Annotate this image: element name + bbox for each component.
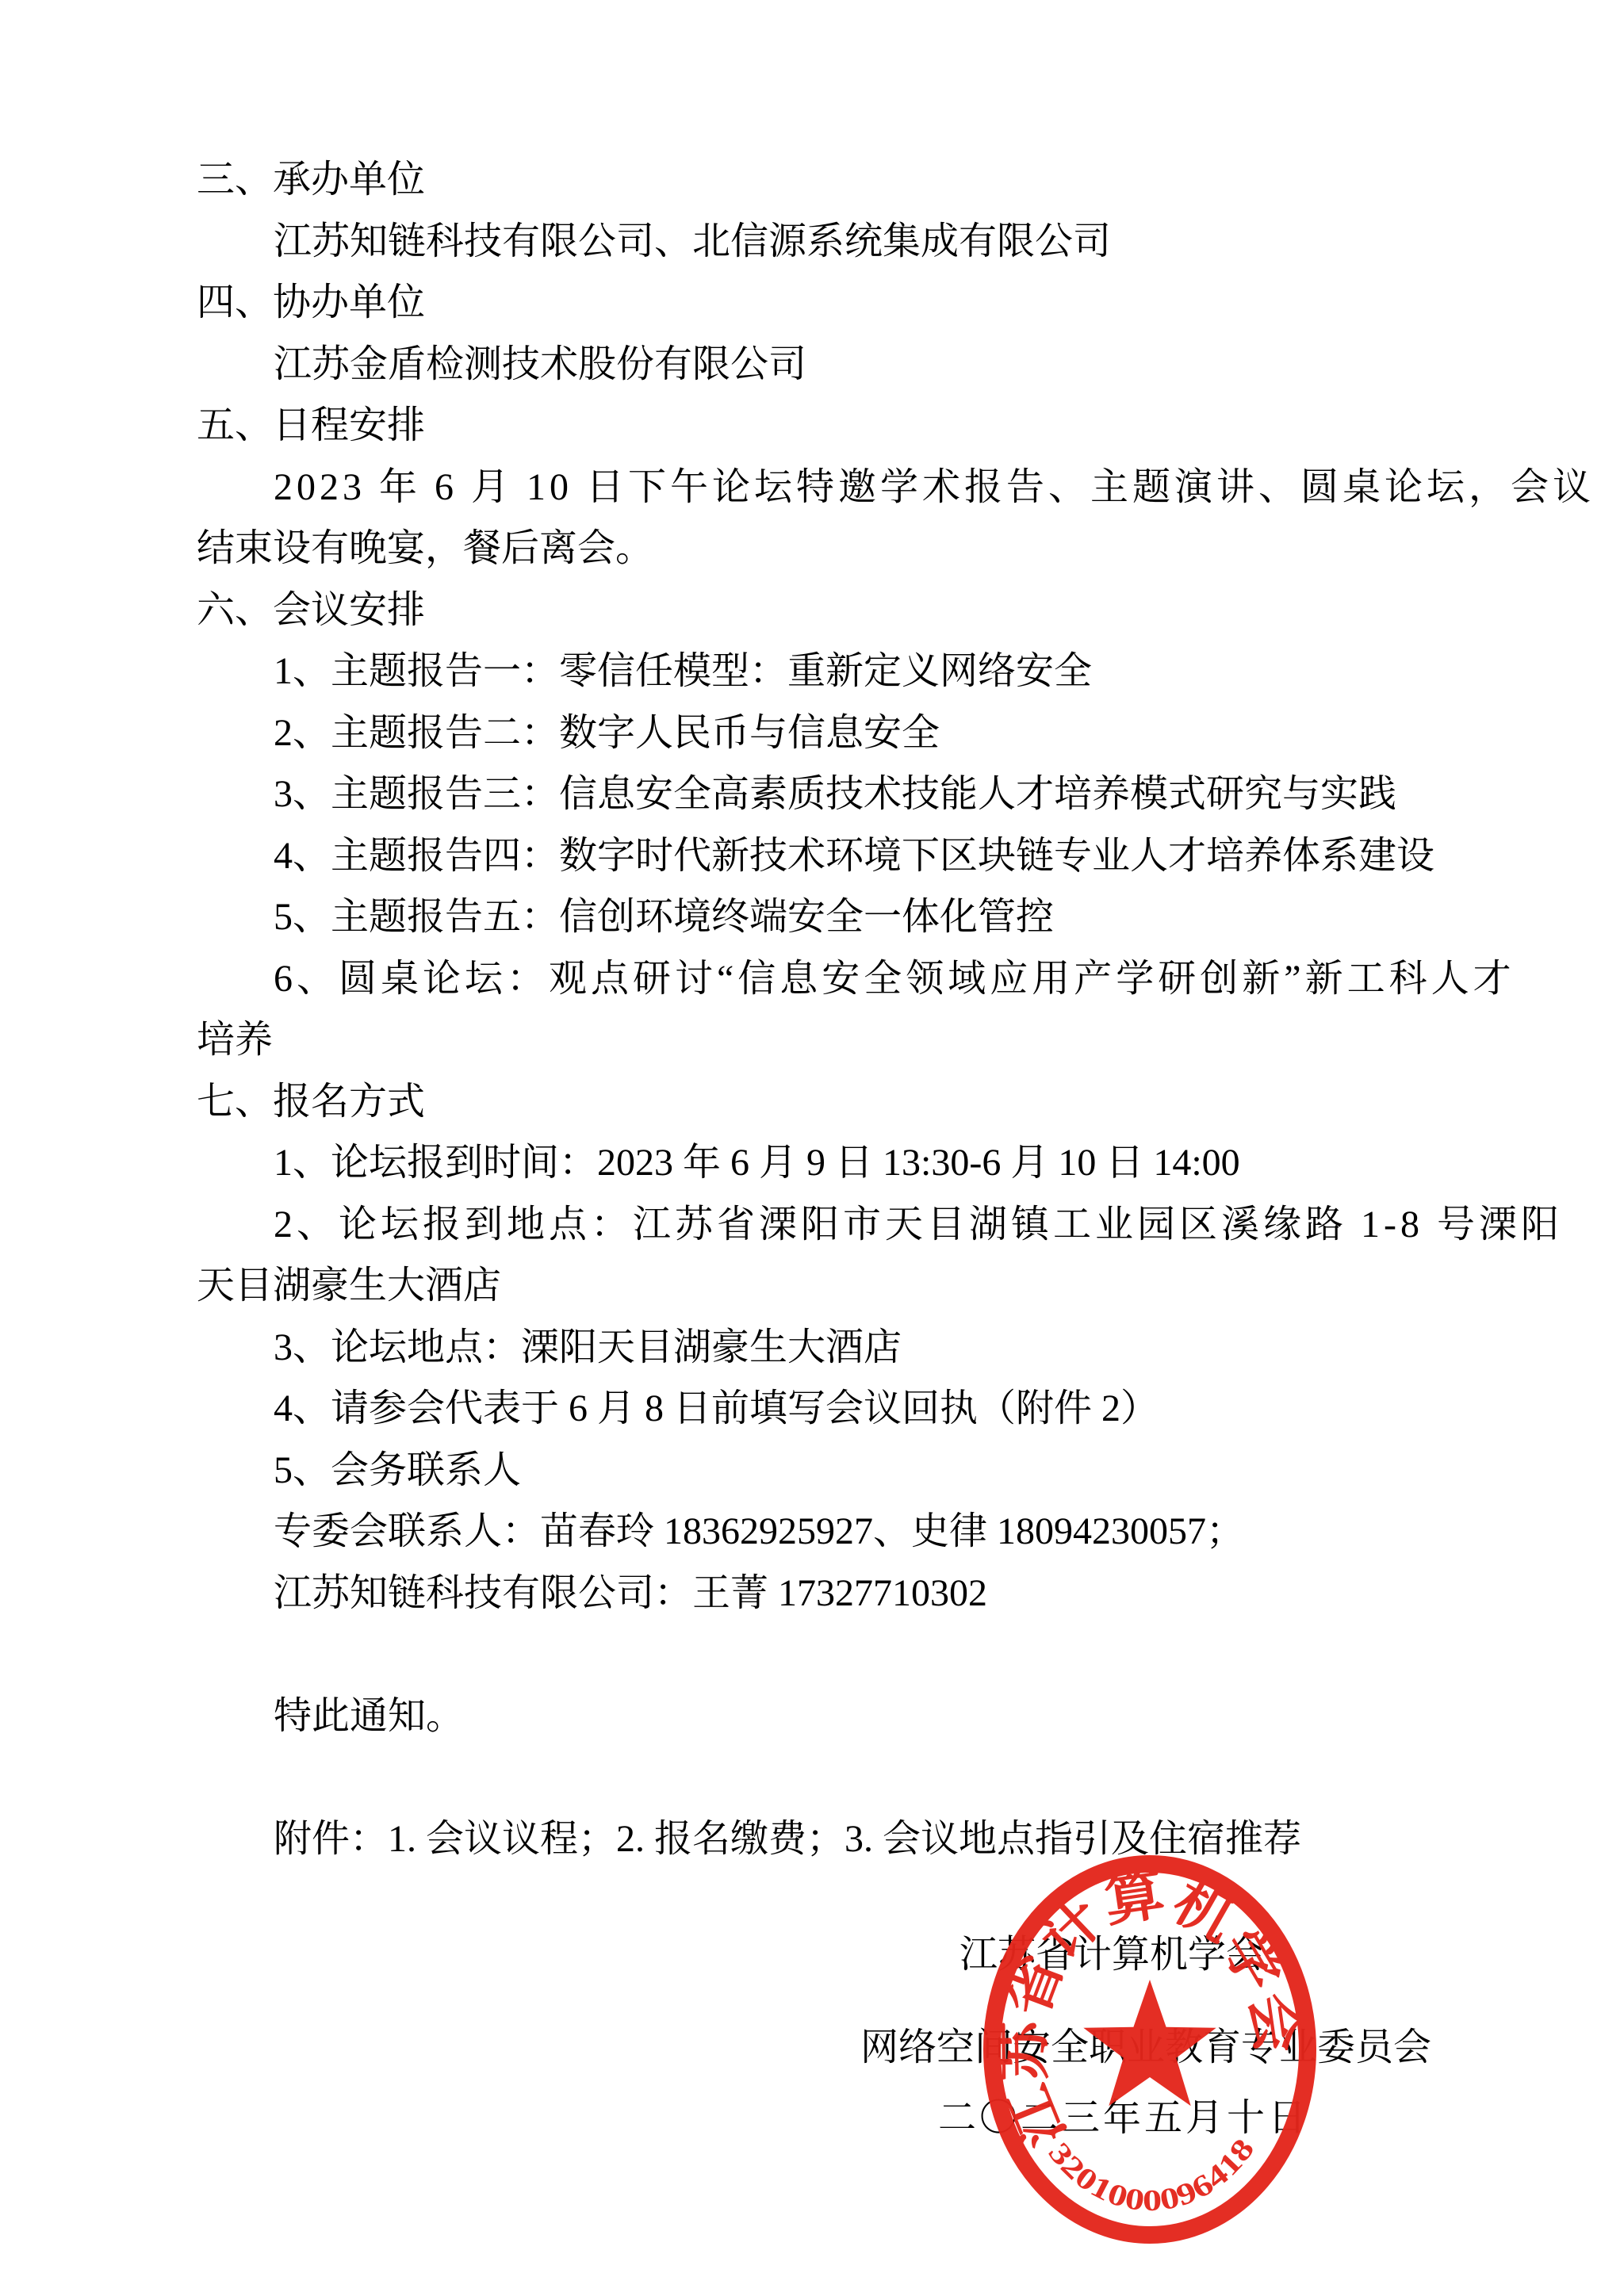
notice-closing: 特此通知。 bbox=[197, 1686, 1434, 1747]
schedule-text-line2: 结束设有晚宴，餐后离会。 bbox=[197, 518, 1434, 580]
attachments-list: 附件：1. 会议议程；2. 报名缴费；3. 会议地点指引及住宿推荐 bbox=[197, 1808, 1434, 1870]
registration-place-line2: 天目湖豪生大酒店 bbox=[197, 1255, 1434, 1317]
agenda-item-6-line1: 6、圆桌论坛：观点研讨“信息安全领域应用产学研创新”新工科人才 bbox=[197, 948, 1434, 1010]
agenda-item-5: 5、主题报告五：信创环境终端安全一体化管控 bbox=[197, 886, 1434, 948]
agenda-item-6-line2: 培养 bbox=[197, 1009, 1434, 1071]
blank-line bbox=[197, 1624, 1434, 1686]
registration-time: 1、论坛报到时间：2023 年 6 月 9 日 13:30-6 月 10 日 1… bbox=[197, 1132, 1434, 1194]
organizer-companies: 江苏知链科技有限公司、北信源系统集成有限公司 bbox=[197, 211, 1434, 273]
signature-org-primary: 江苏省计算机学会 bbox=[959, 1931, 1264, 1979]
forum-location: 3、论坛地点：溧阳天目湖豪生大酒店 bbox=[197, 1317, 1434, 1379]
section-heading-agenda: 六、会议安排 bbox=[197, 580, 1434, 641]
agenda-item-4: 4、主题报告四：数字时代新技术环境下区块链专业人才培养体系建设 bbox=[197, 825, 1434, 887]
agenda-item-3: 3、主题报告三：信息安全高素质技术技能人才培养模式研究与实践 bbox=[197, 763, 1434, 825]
seal-serial-number: 3201000096418 bbox=[1042, 2133, 1262, 2218]
schedule-text-line1: 2023 年 6 月 10 日下午论坛特邀学术报告、主题演讲、圆桌论坛，会议 bbox=[197, 457, 1434, 519]
signature-date: 二〇二三年五月十日 bbox=[938, 2095, 1309, 2142]
agenda-item-1: 1、主题报告一：零信任模型：重新定义网络安全 bbox=[197, 641, 1434, 702]
contacts-heading: 5、会务联系人 bbox=[197, 1440, 1434, 1502]
company-contact: 江苏知链科技有限公司：王菁 17327710302 bbox=[197, 1563, 1434, 1624]
notice-document-page: 三、承办单位 江苏知链科技有限公司、北信源系统集成有限公司 四、协办单位 江苏金… bbox=[0, 0, 1624, 2296]
co-organizer-company: 江苏金盾检测技术股份有限公司 bbox=[197, 334, 1434, 396]
section-heading-schedule: 五、日程安排 bbox=[197, 395, 1434, 457]
reply-deadline: 4、请参会代表于 6 月 8 日前填写会议回执（附件 2） bbox=[197, 1378, 1434, 1440]
registration-place-line1: 2、论坛报到地点：江苏省溧阳市天目湖镇工业园区溪缘路 1-8 号溧阳 bbox=[197, 1194, 1434, 1256]
section-heading-co-organizer: 四、协办单位 bbox=[197, 272, 1434, 334]
section-heading-organizer: 三、承办单位 bbox=[197, 149, 1434, 211]
blank-line bbox=[197, 1747, 1434, 1808]
agenda-item-2: 2、主题报告二：数字人民币与信息安全 bbox=[197, 702, 1434, 764]
signature-org-secondary: 网络空间安全职业教育专业委员会 bbox=[860, 2024, 1431, 2072]
section-heading-registration: 七、报名方式 bbox=[197, 1071, 1434, 1133]
document-body: 三、承办单位 江苏知链科技有限公司、北信源系统集成有限公司 四、协办单位 江苏金… bbox=[197, 149, 1434, 1869]
committee-contacts: 专委会联系人：苗春玲 18362925927、史律 18094230057； bbox=[197, 1501, 1434, 1563]
